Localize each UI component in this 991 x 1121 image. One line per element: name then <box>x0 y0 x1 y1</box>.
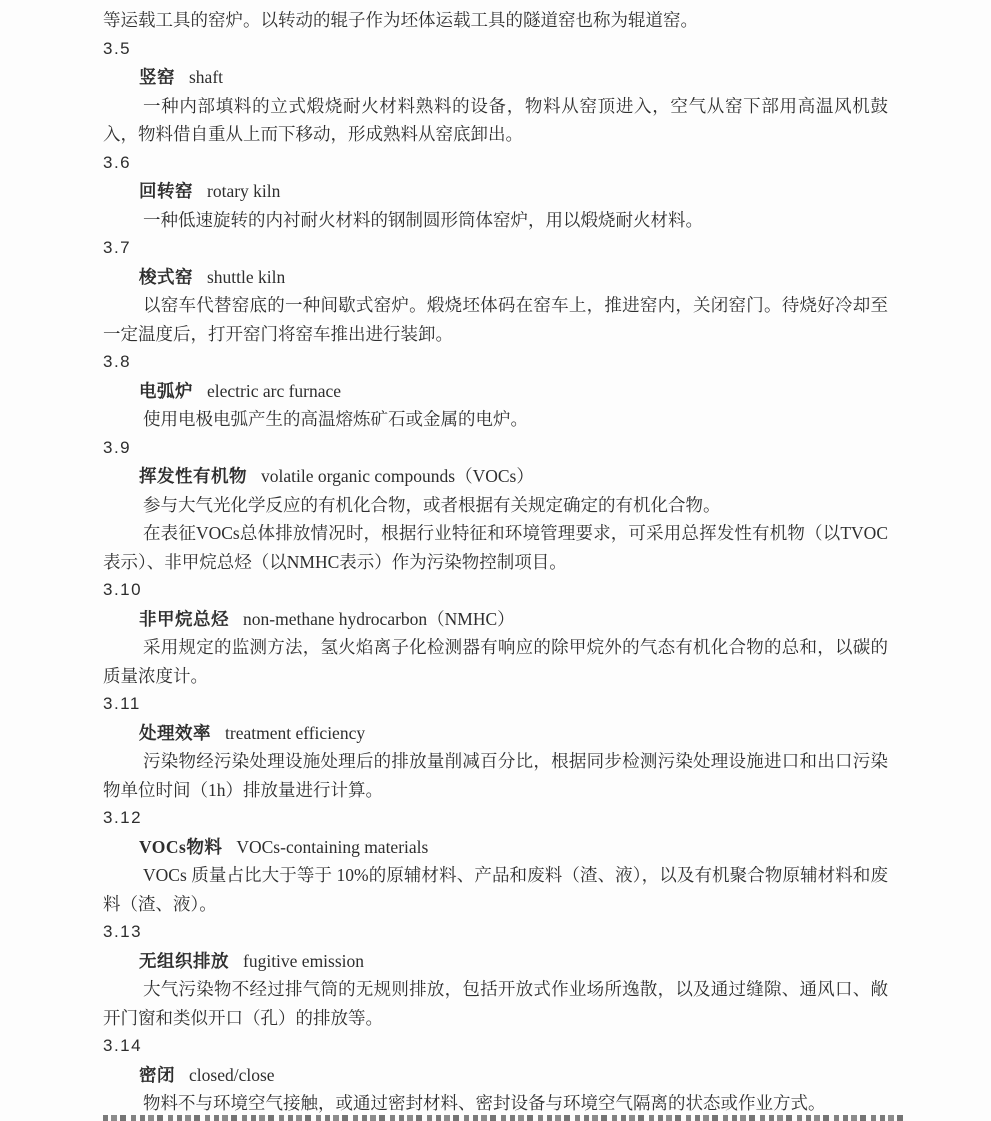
definition-paragraph: 一种低速旋转的内衬耐火材料的钢制圆形筒体窑炉，用以煅烧耐火材料。 <box>103 206 888 235</box>
definition-paragraph: 采用规定的监测方法，氢火焰离子化检测器有响应的除甲烷外的气态有机化合物的总和，以… <box>103 633 888 690</box>
clause-number: 3.11 <box>103 690 888 719</box>
term-line: 密闭closed/close <box>103 1061 888 1090</box>
term-en: treatment efficiency <box>225 723 365 743</box>
clause-number: 3.5 <box>103 35 888 64</box>
term-zh: 梭式窑 <box>139 267 193 287</box>
term-en: VOCs-containing materials <box>236 837 428 857</box>
definition-paragraph: 使用电极电弧产生的高温熔炼矿石或金属的电炉。 <box>103 405 888 434</box>
clause-number: 3.10 <box>103 576 888 605</box>
clause-3-8: 3.8 电弧炉electric arc furnace 使用电极电弧产生的高温熔… <box>103 348 888 434</box>
term-en: electric arc furnace <box>207 381 341 401</box>
document-page: 等运载工具的窑炉。以转动的辊子作为坯体运载工具的隧道窑也称为辊道窑。 3.5 竖… <box>0 0 991 1121</box>
clause-number: 3.7 <box>103 234 888 263</box>
clause-3-10: 3.10 非甲烷总烃non-methane hydrocarbon（NMHC） … <box>103 576 888 690</box>
term-en: rotary kiln <box>207 181 280 201</box>
term-line: 竖窑shaft <box>103 63 888 92</box>
term-zh: 竖窑 <box>139 67 175 87</box>
term-zh: 回转窑 <box>139 181 193 201</box>
definition-paragraph: 在表征VOCs总体排放情况时，根据行业特征和环境管理要求，可采用总挥发性有机物（… <box>103 519 888 576</box>
definition-paragraph: 物料不与环境空气接触，或通过密封材料、密封设备与环境空气隔离的状态或作业方式。 <box>103 1089 888 1118</box>
term-en: closed/close <box>189 1065 275 1085</box>
term-zh: 挥发性有机物 <box>139 466 247 486</box>
term-en: shuttle kiln <box>207 267 285 287</box>
term-en: non-methane hydrocarbon（NMHC） <box>243 609 515 629</box>
term-line: 无组织排放fugitive emission <box>103 947 888 976</box>
definition-paragraph: 以窑车代替窑底的一种间歇式窑炉。煅烧坯体码在窑车上，推进窑内，关闭窑门。待烧好冷… <box>103 291 888 348</box>
clause-number: 3.8 <box>103 348 888 377</box>
clause-3-5: 3.5 竖窑shaft 一种内部填料的立式煅烧耐火材料熟料的设备，物料从窑顶进入… <box>103 35 888 149</box>
term-zh: 电弧炉 <box>139 381 193 401</box>
term-line: 非甲烷总烃non-methane hydrocarbon（NMHC） <box>103 605 888 634</box>
clause-3-12: 3.12 VOCs物料VOCs-containing materials VOC… <box>103 804 888 918</box>
definition-paragraph: 参与大气光化学反应的有机化合物，或者根据有关规定确定的有机化合物。 <box>103 491 888 520</box>
clause-3-14: 3.14 密闭closed/close 物料不与环境空气接触，或通过密封材料、密… <box>103 1032 888 1118</box>
cutoff-next-line-top <box>103 1115 903 1121</box>
clause-3-7: 3.7 梭式窑shuttle kiln 以窑车代替窑底的一种间歇式窑炉。煅烧坯体… <box>103 234 888 348</box>
term-en: shaft <box>189 67 223 87</box>
term-zh: 非甲烷总烃 <box>139 609 229 629</box>
term-line: 挥发性有机物volatile organic compounds（VOCs） <box>103 462 888 491</box>
term-zh: 密闭 <box>139 1065 175 1085</box>
continued-paragraph-line: 等运载工具的窑炉。以转动的辊子作为坯体运载工具的隧道窑也称为辊道窑。 <box>103 6 888 35</box>
term-line: 电弧炉electric arc furnace <box>103 377 888 406</box>
term-zh: VOCs物料 <box>139 837 222 857</box>
term-line: 梭式窑shuttle kiln <box>103 263 888 292</box>
clause-number: 3.12 <box>103 804 888 833</box>
term-line: 处理效率treatment efficiency <box>103 719 888 748</box>
term-en: volatile organic compounds（VOCs） <box>261 466 534 486</box>
definition-paragraph: VOCs 质量占比大于等于 10%的原辅材料、产品和废料（渣、液），以及有机聚合… <box>103 861 888 918</box>
term-en: fugitive emission <box>243 951 364 971</box>
clause-number: 3.14 <box>103 1032 888 1061</box>
term-line: 回转窑rotary kiln <box>103 177 888 206</box>
definition-paragraph: 污染物经污染处理设施处理后的排放量削减百分比，根据同步检测污染处理设施进口和出口… <box>103 747 888 804</box>
clause-number: 3.9 <box>103 434 888 463</box>
clause-number: 3.13 <box>103 918 888 947</box>
clause-3-6: 3.6 回转窑rotary kiln 一种低速旋转的内衬耐火材料的钢制圆形筒体窑… <box>103 149 888 235</box>
clause-3-13: 3.13 无组织排放fugitive emission 大气污染物不经过排气筒的… <box>103 918 888 1032</box>
term-line: VOCs物料VOCs-containing materials <box>103 833 888 862</box>
clause-3-11: 3.11 处理效率treatment efficiency 污染物经污染处理设施… <box>103 690 888 804</box>
definition-paragraph: 一种内部填料的立式煅烧耐火材料熟料的设备，物料从窑顶进入，空气从窑下部用高温风机… <box>103 92 888 149</box>
clause-number: 3.6 <box>103 149 888 178</box>
clause-3-9: 3.9 挥发性有机物volatile organic compounds（VOC… <box>103 434 888 577</box>
term-zh: 无组织排放 <box>139 951 229 971</box>
definition-paragraph: 大气污染物不经过排气筒的无规则排放，包括开放式作业场所逸散，以及通过缝隙、通风口… <box>103 975 888 1032</box>
term-zh: 处理效率 <box>139 723 211 743</box>
